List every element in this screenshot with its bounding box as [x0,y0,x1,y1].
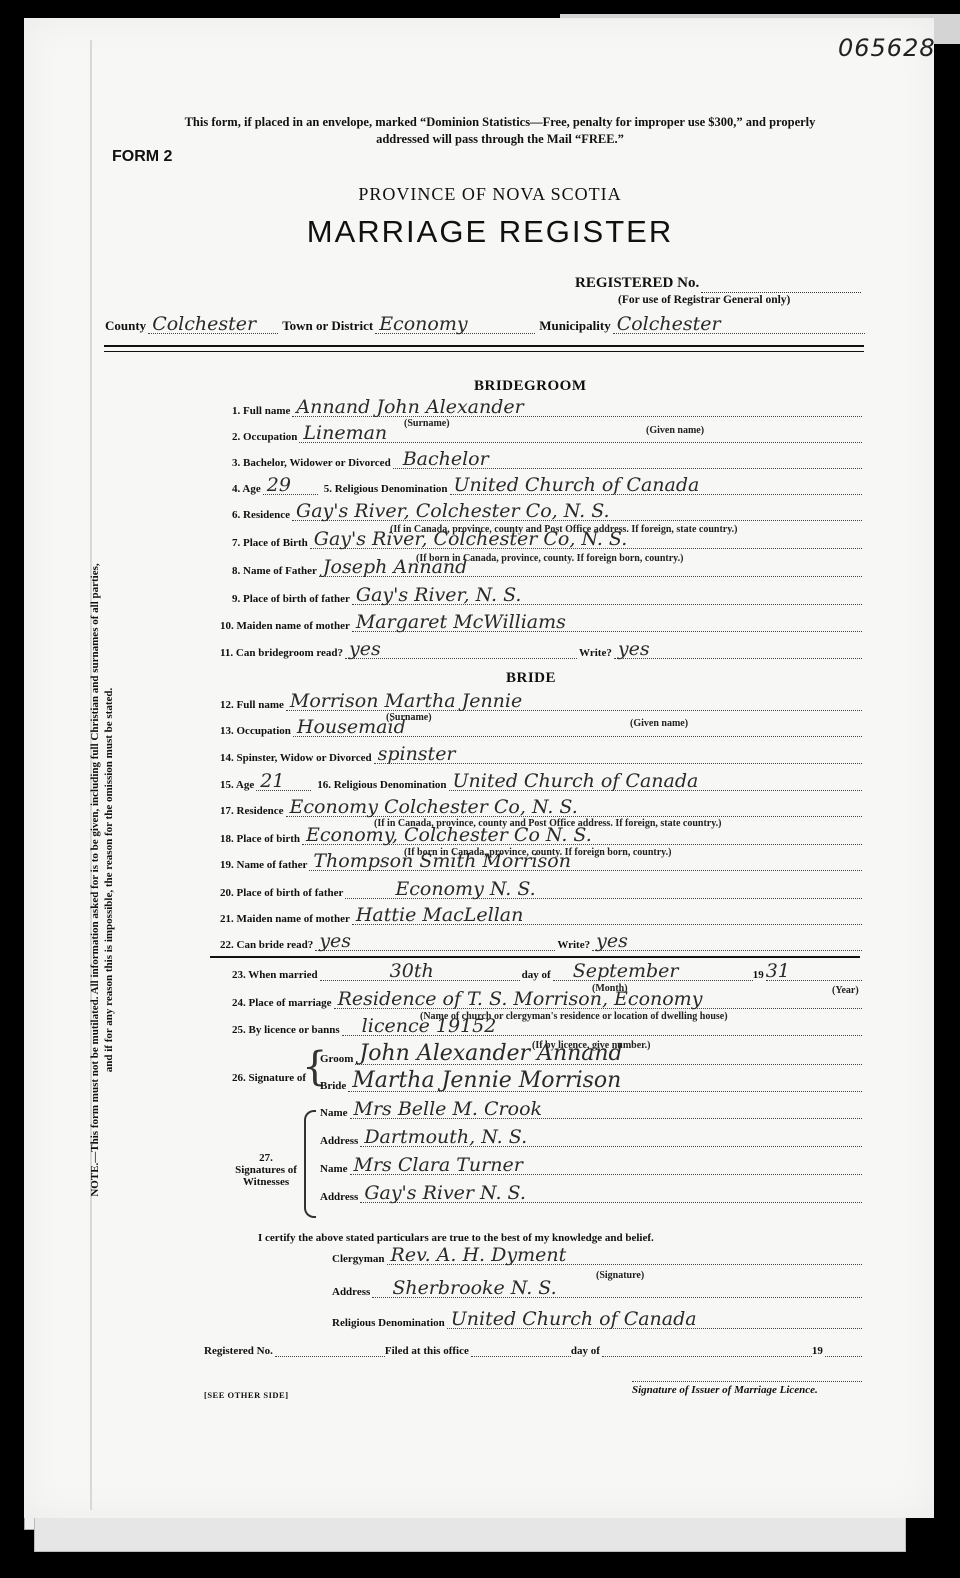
groom-mother-label: 10. Maiden name of mother [220,620,350,632]
witness-1-address-row: Address Dartmouth, N. S. [320,1132,862,1147]
groom-birthplace-value: Gay's River, Colchester Co, N. S. [314,528,628,550]
bride-occupation-field[interactable]: Housemaid [293,722,862,737]
groom-age-label: 4. Age [232,483,261,495]
groom-occupation-field[interactable]: Lineman [299,428,862,443]
see-other-side: [SEE OTHER SIDE] [204,1390,289,1400]
witness-1-name-value: Mrs Belle M. Crook [354,1098,543,1120]
witness-2-name-row: Name Mrs Clara Turner [320,1160,862,1175]
municipality-field[interactable]: Colchester [613,319,865,334]
bride-father-value: Thompson Smith Morrison [313,850,571,872]
bride-father-birthplace-value: Economy N. S. [395,878,535,900]
witnesses-label: 27. Signatures of Witnesses [234,1152,298,1188]
bridegroom-heading: BRIDEGROOM [474,378,587,395]
bride-father-birthplace-field[interactable]: Economy N. S. [345,884,862,899]
groom-marital-row: 3. Bachelor, Widower or Divorced Bachelo… [232,454,862,469]
witness-1-name-row: Name Mrs Belle M. Crook [320,1104,862,1119]
witness-2-address-row: Address Gay's River N. S. [320,1188,862,1203]
footer-year-prefix: 19 [812,1345,823,1357]
bride-full-name-value: Morrison Martha Jennie [290,690,522,712]
groom-age-value: 29 [267,474,291,496]
bride-marital-field[interactable]: spinster [374,749,862,764]
marriage-day-value: 30th [390,960,434,982]
registered-no-note: (For use of Registrar General only) [618,294,790,306]
year-prefix: 19 [753,969,764,981]
footer-registered-no-field[interactable] [275,1342,385,1357]
bride-signature-field[interactable]: Martha Jennie Morrison [348,1077,862,1092]
bride-age-label: 15. Age [220,779,254,791]
bride-mother-row: 21. Maiden name of mother Hattie MacLell… [220,910,862,925]
bride-occupation-label: 13. Occupation [220,725,291,737]
groom-age-field[interactable]: 29 [263,480,318,495]
licence-value: licence 19152 [362,1015,497,1037]
marriage-day-field[interactable]: 30th [320,966,520,981]
bride-residence-value: Economy Colchester Co, N. S. [290,796,578,818]
when-married-row: 23. When married 30th day of September 1… [232,966,862,981]
bride-residence-row: 17. Residence Economy Colchester Co, N. … [220,802,862,817]
groom-birthplace-label: 7. Place of Birth [232,537,308,549]
place-of-marriage-field[interactable]: Residence of T. S. Morrison, Economy [334,994,862,1009]
county-value: Colchester [152,313,256,335]
groom-full-name-value: Annand John Alexander [296,396,523,418]
groom-read-label: 11. Can bridegroom read? [220,647,343,659]
issuer-signature-field[interactable] [632,1380,862,1382]
clergyman-denomination-row: Religious Denomination United Church of … [332,1314,862,1329]
bride-marital-row: 14. Spinster, Widow or Divorced spinster [220,749,862,764]
bride-birthplace-label: 18. Place of birth [220,833,300,845]
bride-father-birthplace-label: 20. Place of birth of father [220,887,343,899]
bride-age-field[interactable]: 21 [256,776,311,791]
groom-occupation-value: Lineman [303,422,387,444]
bride-religion-field[interactable]: United Church of Canada [449,776,863,791]
registered-no-field[interactable] [701,275,861,293]
municipality-label: Municipality [539,318,611,334]
province-heading: PROVINCE OF NOVA SCOTIA [230,184,750,205]
bride-signature-row: Bride Martha Jennie Morrison [320,1077,862,1092]
witness-1-address-field[interactable]: Dartmouth, N. S. [360,1132,862,1147]
footer-registered-no-label: Registered No. [204,1345,273,1357]
clergyman-denomination-label: Religious Denomination [332,1317,445,1329]
groom-father-row: 8. Name of Father Joseph Annand [232,562,862,577]
filing-row: Registered No. Filed at this office day … [204,1342,862,1357]
clergyman-denomination-field[interactable]: United Church of Canada [447,1314,862,1329]
groom-literacy-row: 11. Can bridegroom read? yes Write? yes [220,644,862,659]
town-label: Town or District [282,318,373,334]
witness-2-address-field[interactable]: Gay's River N. S. [360,1188,862,1203]
bride-age-row: 15. Age 21 16. Religious Denomination Un… [220,776,862,791]
licence-label: 25. By licence or banns [232,1024,340,1036]
bride-birthplace-field[interactable]: Economy, Colchester Co N. S. [302,830,862,845]
witness-2-name-label: Name [320,1163,348,1175]
bride-signature-label: Bride [320,1080,346,1092]
clergyman-address-value: Sherbrooke N. S. [392,1277,556,1299]
reference-number: 065628 [838,34,936,62]
groom-father-birthplace-value: Gay's River, N. S. [356,584,522,606]
groom-residence-field[interactable]: Gay's River, Colchester Co, N. S. [292,506,862,521]
location-row: County Colchester Town or District Econo… [105,318,865,334]
footer-day-of-label: day of [571,1345,600,1357]
footer-month-field[interactable] [602,1342,812,1357]
brace [304,1110,316,1218]
licence-field[interactable]: licence 19152 [342,1021,862,1036]
bride-full-name-row: 12. Full name Morrison Martha Jennie [220,696,862,711]
bride-residence-field[interactable]: Economy Colchester Co, N. S. [286,802,862,817]
groom-religion-value: United Church of Canada [454,474,700,496]
clergyman-value: Rev. A. H. Dyment [391,1244,567,1266]
licence-row: 25. By licence or banns licence 19152 [232,1021,862,1036]
issuer-signature-label: Signature of Issuer of Marriage Licence. [632,1384,818,1396]
groom-full-name-field[interactable]: Annand John Alexander [292,402,862,417]
groom-residence-label: 6. Residence [232,509,290,521]
certification-statement: I certify the above stated particulars a… [258,1232,654,1244]
bride-full-name-field[interactable]: Morrison Martha Jennie [286,696,862,711]
bride-full-name-label: 12. Full name [220,699,284,711]
bride-father-field[interactable]: Thompson Smith Morrison [309,856,862,871]
groom-residence-value: Gay's River, Colchester Co, N. S. [296,500,610,522]
groom-write-field[interactable]: yes [614,644,862,659]
groom-father-value: Joseph Annand [323,556,467,578]
witness-1-address-value: Dartmouth, N. S. [364,1126,527,1148]
bride-mother-field[interactable]: Hattie MacLellan [352,910,862,925]
bride-father-label: 19. Name of father [220,859,307,871]
groom-occupation-row: 2. Occupation Lineman [232,428,862,443]
clergyman-field[interactable]: Rev. A. H. Dyment [387,1250,862,1265]
bride-mother-value: Hattie MacLellan [356,904,524,926]
groom-read-value: yes [349,638,381,660]
clergyman-denomination-value: United Church of Canada [451,1308,697,1330]
bride-write-field[interactable]: yes [592,936,862,951]
bride-father-row: 19. Name of father Thompson Smith Morris… [220,856,862,871]
groom-father-field[interactable]: Joseph Annand [319,562,862,577]
bride-birthplace-row: 18. Place of birth Economy, Colchester C… [220,830,862,845]
groom-birthplace-field[interactable]: Gay's River, Colchester Co, N. S. [310,534,862,549]
bride-marital-value: spinster [378,743,456,765]
groom-age-row: 4. Age 29 5. Religious Denomination Unit… [232,480,862,495]
day-of-label: day of [522,969,551,981]
marriage-month-value: September [573,960,679,982]
clergyman-address-field[interactable]: Sherbrooke N. S. [372,1283,862,1298]
groom-religion-label: 5. Religious Denomination [324,483,448,495]
groom-signature-row: Groom John Alexander Annand [320,1050,862,1065]
bride-residence-label: 17. Residence [220,805,284,817]
witness-1-name-label: Name [320,1107,348,1119]
groom-signature-label: Groom [320,1053,353,1065]
groom-father-birthplace-field[interactable]: Gay's River, N. S. [352,590,862,605]
clergyman-address-row: Address Sherbrooke N. S. [332,1283,862,1298]
divider [104,345,864,352]
place-of-marriage-value: Residence of T. S. Morrison, Economy [338,988,703,1010]
groom-marital-value: Bachelor [403,448,489,470]
page-title: MARRIAGE REGISTER [230,214,750,250]
place-of-marriage-label: 24. Place of marriage [232,997,332,1009]
bride-age-value: 21 [260,770,284,792]
witness-1-name-field[interactable]: Mrs Belle M. Crook [350,1104,863,1119]
groom-signature-value: John Alexander Annand [359,1041,622,1066]
groom-marital-label: 3. Bachelor, Widower or Divorced [232,457,391,469]
county-label: County [105,318,146,334]
groom-occupation-label: 2. Occupation [232,431,297,443]
side-note: NOTE.—This form must not be mutilated. A… [88,555,116,1205]
groom-father-label: 8. Name of Father [232,565,317,577]
bride-literacy-row: 22. Can bride read? yes Write? yes [220,936,862,951]
groom-father-birthplace-row: 9. Place of birth of father Gay's River,… [232,590,862,605]
registered-no: REGISTERED No. [575,275,861,293]
bride-marital-label: 14. Spinster, Widow or Divorced [220,752,372,764]
filed-field[interactable] [471,1342,571,1357]
marriage-year-field[interactable]: 31 [766,966,862,981]
when-married-label: 23. When married [232,969,318,981]
mail-notice: This form, if placed in an envelope, mar… [170,114,830,148]
groom-mother-value: Margaret McWilliams [356,611,566,633]
town-field[interactable]: Economy [375,319,535,334]
signature-hint: (Signature) [596,1270,644,1281]
groom-mother-field[interactable]: Margaret McWilliams [352,617,862,632]
groom-full-name-row: 1. Full name Annand John Alexander [232,402,862,417]
groom-signature-field[interactable]: John Alexander Annand [355,1050,862,1065]
groom-religion-field[interactable]: United Church of Canada [450,480,863,495]
bride-heading: BRIDE [506,670,556,687]
clergyman-row: Clergyman Rev. A. H. Dyment [332,1250,862,1265]
bride-occupation-value: Housemaid [297,716,406,738]
marriage-year-value: 31 [766,960,790,982]
clergyman-label: Clergyman [332,1253,385,1265]
signature-label: 26. Signature of [232,1072,306,1084]
witness-2-address-value: Gay's River N. S. [364,1182,526,1204]
marriage-month-field[interactable]: September [553,966,753,981]
bride-birthplace-value: Economy, Colchester Co N. S. [306,824,592,846]
bride-read-field[interactable]: yes [315,936,555,951]
witness-2-name-field[interactable]: Mrs Clara Turner [350,1160,863,1175]
clergyman-address-label: Address [332,1286,370,1298]
groom-write-value: yes [618,638,650,660]
form-number: FORM 2 [112,148,172,166]
groom-birthplace-row: 7. Place of Birth Gay's River, Colcheste… [232,534,862,549]
groom-full-name-label: 1. Full name [232,405,290,417]
groom-write-label: Write? [579,647,612,659]
groom-residence-row: 6. Residence Gay's River, Colchester Co,… [232,506,862,521]
filed-label: Filed at this office [385,1345,469,1357]
footer-year-field[interactable] [825,1342,862,1357]
registered-no-label: REGISTERED No. [575,275,699,291]
groom-marital-field[interactable]: Bachelor [393,454,862,469]
divider [210,956,860,962]
witness-2-address-label: Address [320,1191,358,1203]
witness-2-name-value: Mrs Clara Turner [354,1154,523,1176]
groom-mother-row: 10. Maiden name of mother Margaret McWil… [220,617,862,632]
groom-read-field[interactable]: yes [345,644,577,659]
town-value: Economy [379,313,467,335]
bride-write-label: Write? [557,939,590,951]
place-of-marriage-row: 24. Place of marriage Residence of T. S.… [232,994,862,1009]
groom-father-birthplace-label: 9. Place of birth of father [232,593,350,605]
municipality-value: Colchester [617,313,721,335]
bride-signature-value: Martha Jennie Morrison [352,1068,621,1093]
bride-occupation-row: 13. Occupation Housemaid [220,722,862,737]
witness-1-address-label: Address [320,1135,358,1147]
bride-mother-label: 21. Maiden name of mother [220,913,350,925]
bride-write-value: yes [596,930,628,952]
bride-religion-value: United Church of Canada [453,770,699,792]
bride-read-value: yes [319,930,351,952]
bride-father-birthplace-row: 20. Place of birth of father Economy N. … [220,884,862,899]
county-field[interactable]: Colchester [148,319,278,334]
bride-religion-label: 16. Religious Denomination [317,779,446,791]
bride-read-label: 22. Can bride read? [220,939,313,951]
